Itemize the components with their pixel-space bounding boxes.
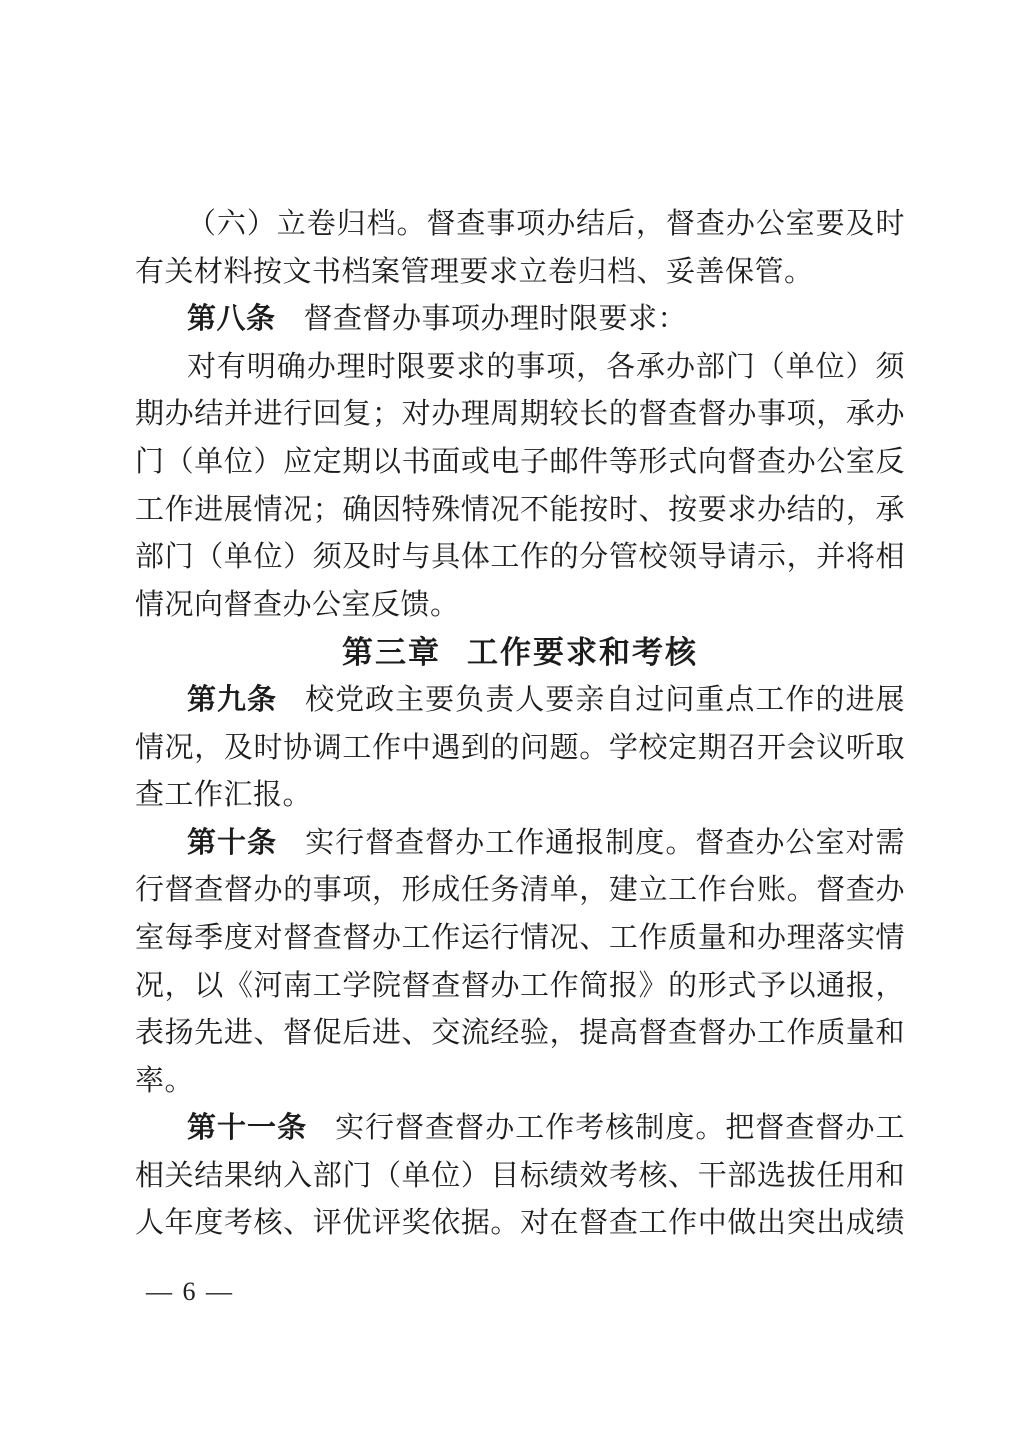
text-line: 有关材料按文书档案管理要求立卷归档、妥善保管。 xyxy=(135,249,905,297)
article-line: 第十条实行督查督办工作通报制度。督查办公室对需进 xyxy=(135,820,905,868)
text-line: 情况，及时协调工作中遇到的问题。学校定期召开会议听取督 xyxy=(135,725,905,773)
article-text: 校党政主要负责人要亲自过问重点工作的进展 xyxy=(305,684,905,716)
article-label: 第九条 xyxy=(187,684,277,716)
chapter-number: 第三章 xyxy=(342,635,441,670)
article-label: 第十一条 xyxy=(187,1112,307,1144)
text-line: 率。 xyxy=(135,1058,905,1106)
chapter-heading: 第三章工作要求和考核 xyxy=(135,629,905,677)
text-line: 部门（单位）须及时与具体工作的分管校领导请示，并将相关 xyxy=(135,534,905,582)
article-line: 第十一条实行督查督办工作考核制度。把督查督办工作 xyxy=(135,1105,905,1153)
text-line: 情况向督查办公室反馈。 xyxy=(135,582,905,630)
text-line: 工作进展情况；确因特殊情况不能按时、按要求办结的，承办 xyxy=(135,487,905,535)
article-text: 督查督办事项办理时限要求： xyxy=(304,303,688,335)
page-number: — 6 — xyxy=(146,1276,234,1308)
text-line: （六）立卷归档。督查事项办结后，督查办公室要及时将 xyxy=(135,201,905,249)
text-line: 行督查督办的事项，形成任务清单，建立工作台账。督查办公 xyxy=(135,867,905,915)
text-line: 相关结果纳入部门（单位）目标绩效考核、干部选拔任用和个 xyxy=(135,1153,905,1201)
document-body: （六）立卷归档。督查事项办结后，督查办公室要及时将 有关材料按文书档案管理要求立… xyxy=(135,201,905,1248)
text-line: 室每季度对督查督办工作运行情况、工作质量和办理落实情 xyxy=(135,915,905,963)
article-line: 第八条督查督办事项办理时限要求： xyxy=(135,296,905,344)
text-line: 期办结并进行回复；对办理周期较长的督查督办事项，承办部 xyxy=(135,391,905,439)
text-line: 查工作汇报。 xyxy=(135,772,905,820)
text-line: 门（单位）应定期以书面或电子邮件等形式向督查办公室反馈 xyxy=(135,439,905,487)
document-page: （六）立卷归档。督查事项办结后，督查办公室要及时将 有关材料按文书档案管理要求立… xyxy=(0,0,1024,1448)
article-line: 第九条校党政主要负责人要亲自过问重点工作的进展 xyxy=(135,677,905,725)
article-label: 第十条 xyxy=(187,827,277,859)
text-line: 表扬先进、督促后进、交流经验，提高督查督办工作质量和效 xyxy=(135,1010,905,1058)
text-line: 人年度考核、评优评奖依据。对在督查工作中做出突出成绩的 xyxy=(135,1200,905,1248)
text-line: 对有明确办理时限要求的事项，各承办部门（单位）须限 xyxy=(135,344,905,392)
article-label: 第八条 xyxy=(187,303,276,335)
chapter-title: 工作要求和考核 xyxy=(467,635,698,670)
text-line: 况，以《河南工学院督查督办工作简报》的形式予以通报，以 xyxy=(135,963,905,1011)
